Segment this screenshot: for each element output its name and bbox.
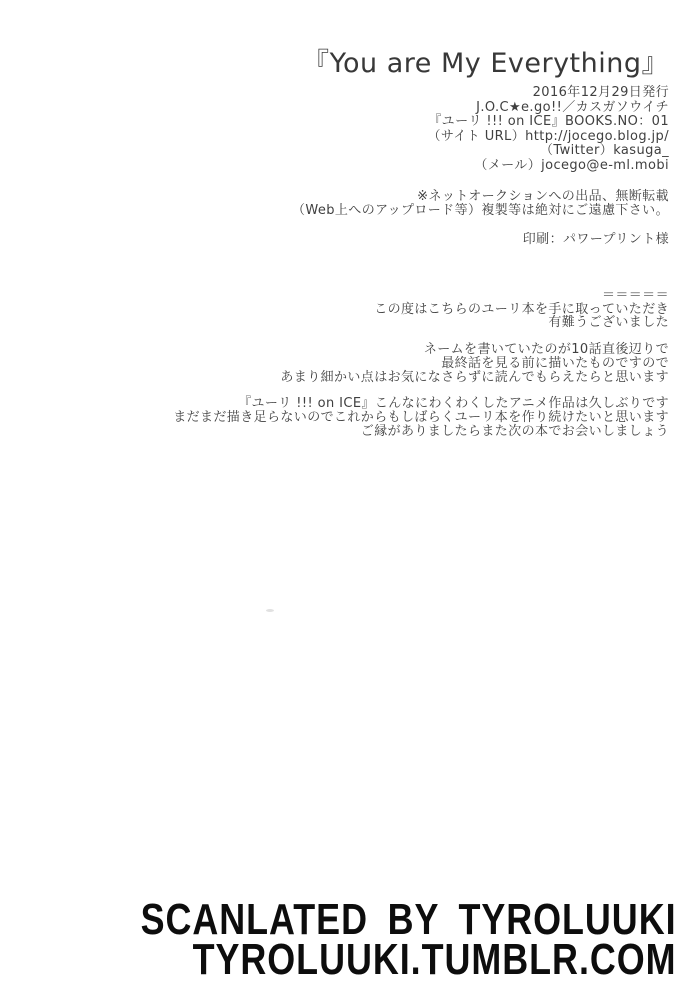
afterword-line: 『ユーリ !!! on ICE』こんなにわくわくしたアニメ作品は久しぶりです	[173, 397, 669, 411]
afterword-line: ネームを書いていたのが10話直後辺りで	[173, 343, 669, 357]
circle-author-name: J.O.C★e.go!!／カスガソウイチ	[292, 101, 669, 116]
afterword-line: まだまだ描き足らないのでこれからもしばらくユーリ本を作り続けたいと思います	[173, 411, 669, 425]
notice-line-2: （Web上へのアップロード等）複製等は絶対にご遠慮下さい。	[292, 204, 669, 219]
notice-line-1: ※ネットオークションへの出品、無断転載	[292, 190, 669, 205]
reproduction-notice: ※ネットオークションへの出品、無断転載 （Web上へのアップロード等）複製等は絶…	[292, 190, 669, 219]
site-url-line: （サイト URL）http://jocego.blog.jp/	[292, 130, 669, 145]
afterword-line: あまり細かい点はお気になさらずに読んでもらえたらと思います	[173, 371, 669, 385]
printer-credit: 印刷：パワープリント様	[292, 233, 669, 248]
scanlation-credit-block: SCANLATED BY TYROLUUKI TYROLUUKI.TUMBLR.…	[124, 900, 677, 980]
afterword-line: 最終話を見る前に描いたものですので	[173, 357, 669, 371]
afterword-paragraph-2: ネームを書いていたのが10話直後辺りで 最終話を見る前に描いたものですので あま…	[173, 343, 669, 384]
twitter-line: （Twitter）kasuga_	[292, 144, 669, 159]
scanned-doujinshi-colophon-page: 『You are My Everything』 2016年12月29日発行 J.…	[0, 0, 693, 1000]
series-book-number: 『ユーリ !!! on ICE』BOOKS.NO：01	[292, 115, 669, 130]
afterword-block: ＝＝＝＝＝ この度はこちらのユーリ本を手に取っていただき 有難うございました ネ…	[173, 289, 669, 438]
scan-artifact-speck	[266, 609, 274, 612]
publication-date: 2016年12月29日発行	[292, 86, 669, 101]
afterword-paragraph-3: 『ユーリ !!! on ICE』こんなにわくわくしたアニメ作品は久しぶりです ま…	[173, 397, 669, 438]
colophon-block: 『You are My Everything』 2016年12月29日発行 J.…	[292, 49, 669, 247]
scanlation-tumblr-url: TYROLUUKI.TUMBLR.COM	[141, 937, 677, 984]
book-title: 『You are My Everything』	[292, 49, 669, 79]
afterword-paragraph-1: ＝＝＝＝＝ この度はこちらのユーリ本を手に取っていただき 有難うございました	[173, 289, 669, 330]
afterword-line: ご縁がありましたらまた次の本でお会いしましょう	[173, 425, 669, 439]
afterword-divider: ＝＝＝＝＝	[173, 289, 669, 303]
afterword-line: 有難うございました	[173, 316, 669, 330]
email-line: （メール）jocego@e-ml.mobi	[292, 159, 669, 174]
